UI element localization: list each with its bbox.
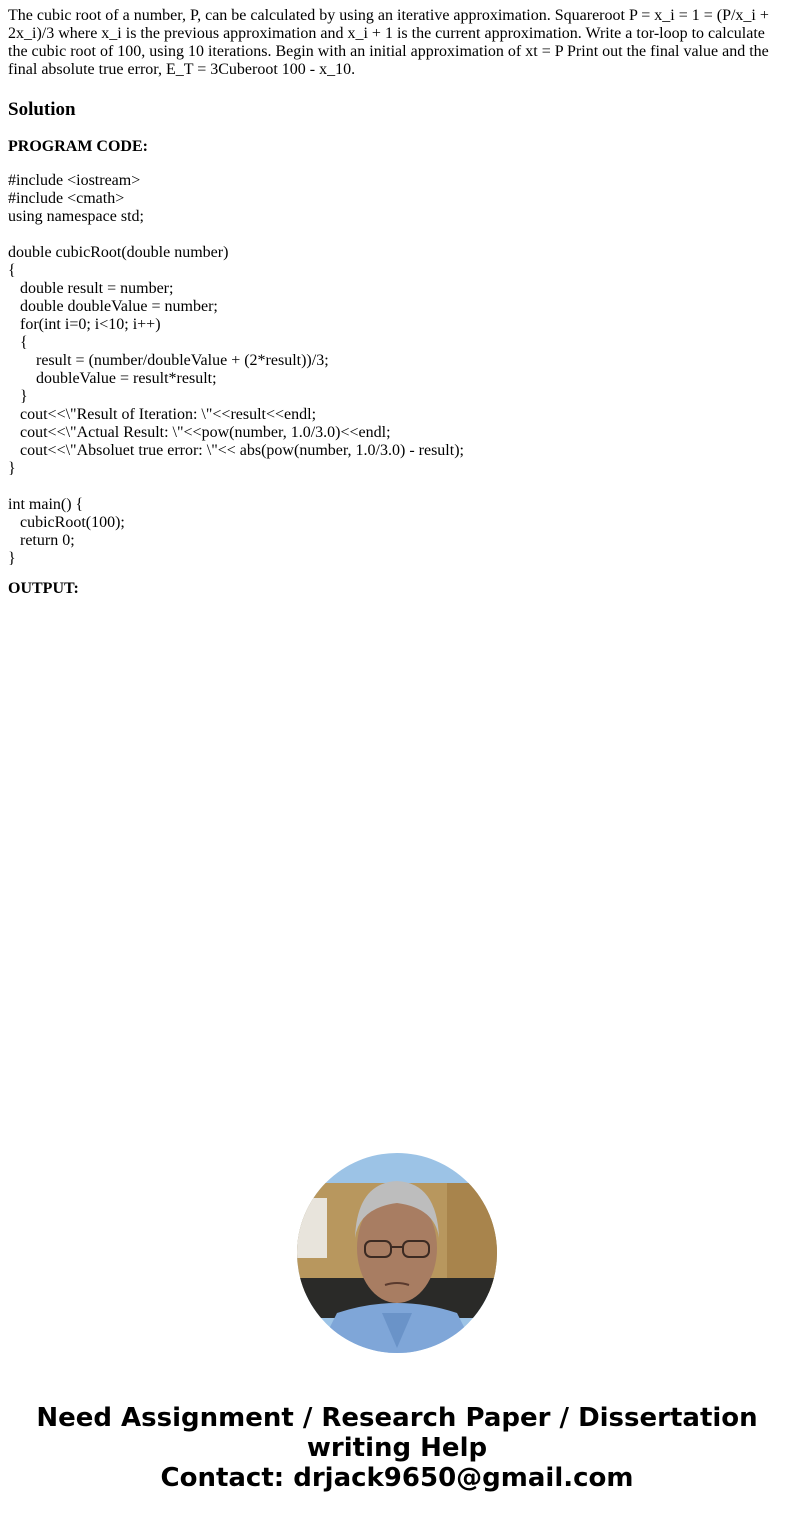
promo-line-1: Need Assignment / Research Paper / Disse… <box>0 1403 794 1433</box>
avatar <box>297 1153 497 1353</box>
program-code: #include <iostream> #include <cmath> usi… <box>8 172 464 568</box>
promo-contact: Contact: drjack9650@gmail.com <box>0 1463 794 1493</box>
promo-line-2: writing Help <box>0 1433 794 1463</box>
question-text: The cubic root of a number, P, can be ca… <box>8 7 786 79</box>
solution-heading: Solution <box>8 98 76 122</box>
promo-banner: Need Assignment / Research Paper / Disse… <box>0 1403 794 1493</box>
output-label: OUTPUT: <box>8 580 79 598</box>
tutor-portrait-icon <box>297 1153 497 1353</box>
program-code-label: PROGRAM CODE: <box>8 138 148 156</box>
